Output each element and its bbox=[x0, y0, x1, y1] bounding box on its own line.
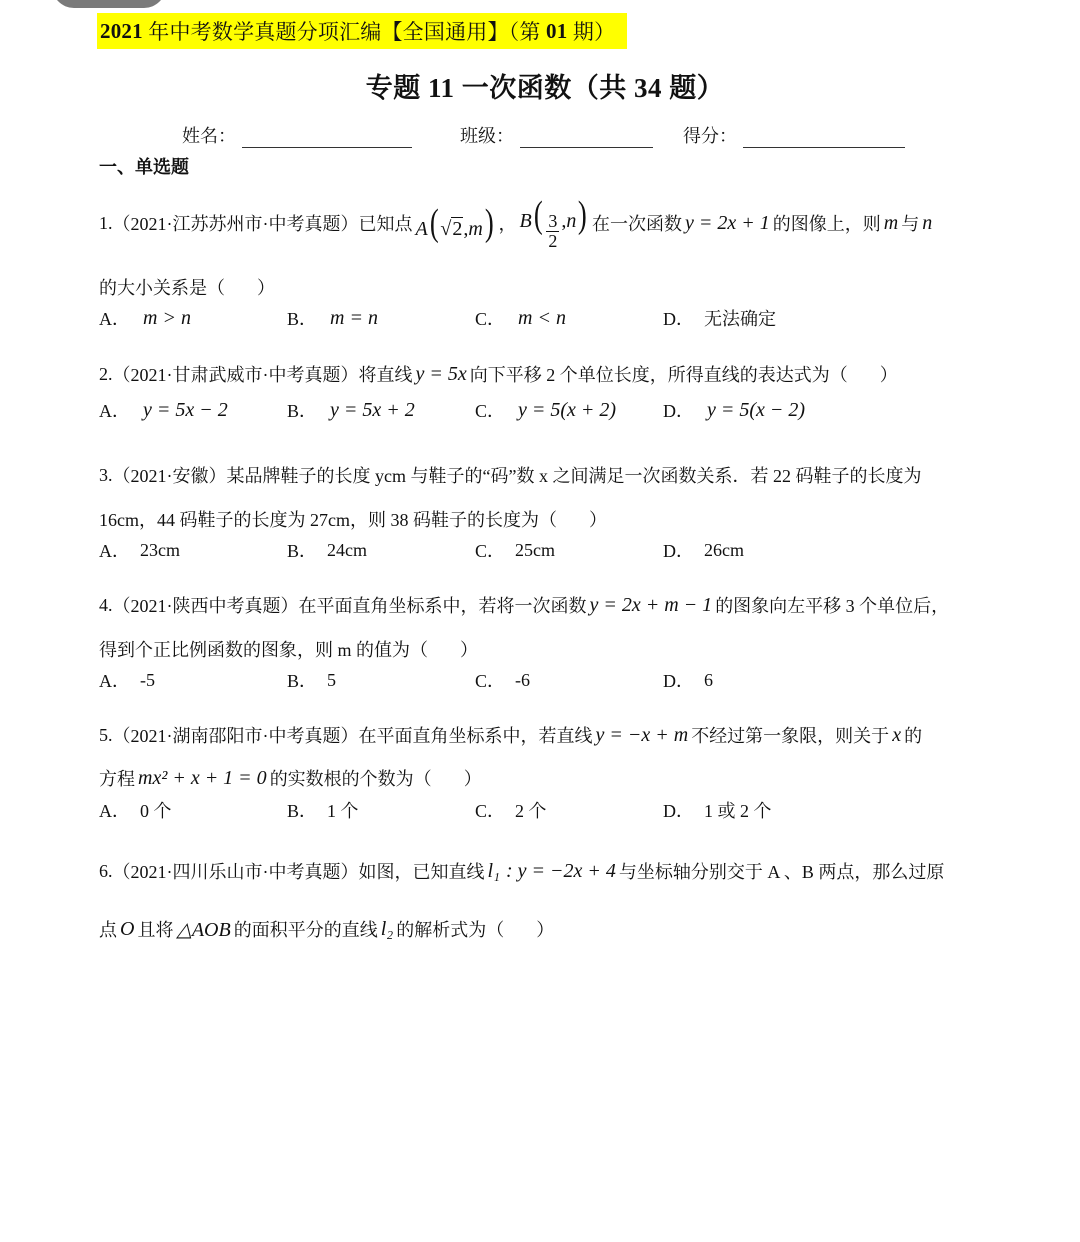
question-3-line-2: 16cm，44 码鞋子的长度为 27cm，则 38 码鞋子的长度为（） bbox=[99, 506, 607, 532]
question-number: 4. bbox=[99, 595, 113, 616]
point-b: B bbox=[519, 210, 531, 232]
name-label: 姓名： bbox=[182, 122, 236, 148]
option-value: m > n bbox=[143, 307, 191, 330]
option-letter: D． bbox=[663, 397, 694, 423]
question-text: 点 bbox=[99, 916, 117, 942]
question-source: （2021·陕西中考真题） bbox=[113, 592, 299, 618]
option-d[interactable]: D．6 bbox=[663, 667, 713, 693]
name-blank[interactable] bbox=[242, 127, 412, 148]
student-info-row: 姓名： 班级： 得分： bbox=[182, 122, 905, 148]
point-a-expr: A(√2,m) bbox=[416, 204, 496, 242]
question-source: （2021·江苏苏州市·中考真题） bbox=[113, 210, 359, 236]
option-a[interactable]: A．m > n bbox=[99, 305, 194, 331]
question-number: 3. bbox=[99, 465, 113, 486]
question-text: 的实数根的个数为（ bbox=[270, 765, 432, 791]
banner-issue: 01 bbox=[546, 19, 567, 44]
option-c[interactable]: C．-6 bbox=[475, 667, 530, 693]
option-d[interactable]: D．1 或 2 个 bbox=[663, 797, 772, 823]
option-d[interactable]: D．无法确定 bbox=[663, 305, 776, 331]
var-n: n bbox=[922, 212, 932, 235]
option-value: m < n bbox=[518, 307, 566, 330]
option-value: 25cm bbox=[515, 540, 555, 561]
option-a[interactable]: A．-5 bbox=[99, 667, 155, 693]
question-text: 方程 bbox=[99, 765, 135, 791]
question-number: 6. bbox=[99, 861, 113, 882]
question-number: 1. bbox=[99, 213, 113, 234]
question-text: 将直线 bbox=[359, 361, 413, 387]
question-source: （2021·安徽） bbox=[113, 462, 227, 488]
option-value: y = 5x + 2 bbox=[330, 399, 415, 422]
question-text: 的 bbox=[904, 722, 922, 748]
option-d[interactable]: D．26cm bbox=[663, 537, 744, 563]
option-letter: A． bbox=[99, 305, 130, 331]
option-value: 24cm bbox=[327, 540, 367, 561]
close-paren: ） bbox=[589, 506, 607, 532]
option-d[interactable]: D．y = 5(x − 2) bbox=[663, 397, 808, 423]
question-4-line-2: 得到个正比例函数的图象，则 m 的值为（） bbox=[99, 636, 478, 662]
question-text: 在一次函数 bbox=[592, 210, 682, 236]
option-c[interactable]: C．m < n bbox=[475, 305, 569, 331]
option-letter: C． bbox=[475, 305, 505, 331]
question-1-line-1: 1. （2021·江苏苏州市·中考真题） 已知点 A(√2,m) ， B(32,… bbox=[99, 196, 935, 251]
formula: y = 2x + 1 bbox=[685, 212, 770, 235]
option-letter: C． bbox=[475, 537, 505, 563]
option-b[interactable]: B．24cm bbox=[287, 537, 367, 563]
option-letter: D． bbox=[663, 537, 694, 563]
option-value: y = 5(x − 2) bbox=[707, 399, 805, 422]
separator: ， bbox=[498, 210, 516, 236]
question-5-line-2: 方程 mx² + x + 1 = 0 的实数根的个数为（） bbox=[99, 765, 482, 791]
line-l1: l₁ bbox=[488, 860, 501, 883]
question-2-line-1: 2. （2021·甘肃武威市·中考真题） 将直线 y = 5x 向下平移 2 个… bbox=[99, 361, 898, 387]
option-value: 23cm bbox=[140, 540, 180, 561]
name-field[interactable]: 姓名： bbox=[182, 122, 412, 148]
option-letter: B． bbox=[287, 667, 317, 693]
class-label: 班级： bbox=[460, 122, 514, 148]
var-m: m bbox=[884, 212, 898, 235]
question-text: 不经过第一象限，则关于 bbox=[691, 722, 889, 748]
question-6-line-1: 6. （2021·四川乐山市·中考真题） 如图，已知直线 l₁: y = −2x… bbox=[99, 858, 944, 884]
question-source: （2021·湖南邵阳市·中考真题） bbox=[113, 722, 359, 748]
banner-text: 年中考数学真题分项汇编【全国通用】（第 bbox=[148, 16, 540, 46]
line-l2: l₂ bbox=[381, 918, 394, 941]
question-text: 与坐标轴分别交于 A 、B 两点，那么过原 bbox=[619, 858, 945, 884]
option-letter: C． bbox=[475, 667, 505, 693]
question-text: 16cm，44 码鞋子的长度为 27cm，则 38 码鞋子的长度为（ bbox=[99, 506, 557, 532]
option-letter: B． bbox=[287, 797, 317, 823]
point-a: A bbox=[416, 218, 428, 240]
banner-suffix: 期） bbox=[573, 16, 615, 46]
question-5-line-1: 5. （2021·湖南邵阳市·中考真题） 在平面直角坐标系中，若直线 y = −… bbox=[99, 722, 922, 748]
option-letter: C． bbox=[475, 797, 505, 823]
option-value: 1 或 2 个 bbox=[704, 797, 772, 823]
option-c[interactable]: C．y = 5(x + 2) bbox=[475, 397, 619, 423]
question-6-line-2: 点 O 且将 △AOB 的面积平分的直线 l₂ 的解析式为（） bbox=[99, 916, 554, 942]
banner-year: 2021 bbox=[100, 19, 143, 44]
sqrt-value: 2 bbox=[451, 217, 463, 240]
question-text: 得到个正比例函数的图象，则 m 的值为（ bbox=[99, 636, 428, 662]
option-letter: A． bbox=[99, 537, 130, 563]
class-blank[interactable] bbox=[520, 127, 653, 148]
var-n: n bbox=[566, 210, 576, 232]
class-field[interactable]: 班级： bbox=[460, 122, 653, 148]
close-paren: ） bbox=[536, 916, 554, 942]
question-text: 与 bbox=[901, 210, 919, 236]
score-blank[interactable] bbox=[743, 127, 905, 148]
option-value: y = 5x − 2 bbox=[143, 399, 228, 422]
option-value: m = n bbox=[330, 307, 378, 330]
option-a[interactable]: A．0 个 bbox=[99, 797, 172, 823]
fraction-numerator: 3 bbox=[546, 212, 559, 232]
question-number: 2. bbox=[99, 364, 113, 385]
option-value: 2 个 bbox=[515, 797, 547, 823]
formula: y = 2x + m − 1 bbox=[590, 594, 713, 617]
option-a[interactable]: A．23cm bbox=[99, 537, 180, 563]
option-value: 6 bbox=[704, 670, 713, 691]
question-text: 在平面直角坐标系中，若直线 bbox=[359, 722, 593, 748]
option-c[interactable]: C．2 个 bbox=[475, 797, 547, 823]
question-text: 某品牌鞋子的长度 ycm 与鞋子的“码”数 x 之间满足一次函数关系．若 22 … bbox=[227, 462, 922, 488]
option-letter: D． bbox=[663, 305, 694, 331]
question-text: 向下平移 2 个单位长度，所得直线的表达式为（ bbox=[470, 361, 848, 387]
score-field[interactable]: 得分： bbox=[683, 122, 905, 148]
question-3-line-1: 3. （2021·安徽） 某品牌鞋子的长度 ycm 与鞋子的“码”数 x 之间满… bbox=[99, 462, 921, 488]
close-paren: ） bbox=[464, 765, 482, 791]
option-b[interactable]: B．m = n bbox=[287, 305, 381, 331]
option-value: -6 bbox=[515, 670, 530, 691]
question-text: 在平面直角坐标系中，若将一次函数 bbox=[299, 592, 587, 618]
option-letter: B． bbox=[287, 397, 317, 423]
question-text: 且将 bbox=[137, 916, 173, 942]
page-title: 专题 11 一次函数（共 34 题） bbox=[0, 66, 1080, 105]
option-value: y = 5(x + 2) bbox=[518, 399, 616, 422]
option-letter: A． bbox=[99, 397, 130, 423]
option-letter: D． bbox=[663, 667, 694, 693]
question-text: 的面积平分的直线 bbox=[234, 916, 378, 942]
option-letter: D． bbox=[663, 797, 694, 823]
option-b[interactable]: B．1 个 bbox=[287, 797, 359, 823]
option-value: 无法确定 bbox=[704, 305, 776, 331]
option-letter: A． bbox=[99, 797, 130, 823]
question-text: 的大小关系是（ bbox=[99, 274, 225, 300]
option-letter: A． bbox=[99, 667, 130, 693]
question-text: 的图像上，则 bbox=[773, 210, 881, 236]
option-value: 0 个 bbox=[140, 797, 172, 823]
option-value: 26cm bbox=[704, 540, 744, 561]
formula: : y = −2x + 4 bbox=[506, 860, 616, 883]
question-text: 已知点 bbox=[359, 210, 413, 236]
fraction-denominator: 2 bbox=[548, 232, 557, 251]
question-source: （2021·甘肃武威市·中考真题） bbox=[113, 361, 359, 387]
option-b[interactable]: B．y = 5x + 2 bbox=[287, 397, 418, 423]
question-number: 5. bbox=[99, 725, 113, 746]
close-paren: ） bbox=[257, 274, 275, 300]
section-heading: 一、单选题 bbox=[99, 153, 189, 179]
point-o: O bbox=[120, 918, 134, 941]
question-source: （2021·四川乐山市·中考真题） bbox=[113, 858, 359, 884]
close-paren: ） bbox=[460, 636, 478, 662]
point-b-expr: B(32,n) bbox=[519, 196, 589, 251]
option-c[interactable]: C．25cm bbox=[475, 537, 555, 563]
question-text: 的图象向左平移 3 个单位后， bbox=[715, 592, 949, 618]
var-m: m bbox=[468, 218, 482, 240]
option-value: 1 个 bbox=[327, 797, 359, 823]
question-text: 的解析式为（ bbox=[396, 916, 504, 942]
option-letter: B． bbox=[287, 305, 317, 331]
option-letter: B． bbox=[287, 537, 317, 563]
option-letter: C． bbox=[475, 397, 505, 423]
var-x: x bbox=[892, 724, 901, 747]
score-label: 得分： bbox=[683, 122, 737, 148]
option-value: -5 bbox=[140, 670, 155, 691]
option-value: 5 bbox=[327, 670, 336, 691]
option-b[interactable]: B．5 bbox=[287, 667, 336, 693]
formula: y = 5x bbox=[416, 363, 467, 386]
question-1-line-2: 的大小关系是（） bbox=[99, 274, 275, 300]
close-paren: ） bbox=[880, 361, 898, 387]
equation: mx² + x + 1 = 0 bbox=[138, 767, 267, 790]
triangle-aob: △AOB bbox=[176, 917, 230, 942]
question-4-line-1: 4. （2021·陕西中考真题） 在平面直角坐标系中，若将一次函数 y = 2x… bbox=[99, 592, 949, 618]
top-tab-handle bbox=[52, 0, 166, 8]
option-a[interactable]: A．y = 5x − 2 bbox=[99, 397, 231, 423]
formula: y = −x + m bbox=[596, 724, 689, 747]
question-text: 如图，已知直线 bbox=[359, 858, 485, 884]
series-banner: 2021 年中考数学真题分项汇编【全国通用】（第 01 期） bbox=[97, 13, 627, 49]
